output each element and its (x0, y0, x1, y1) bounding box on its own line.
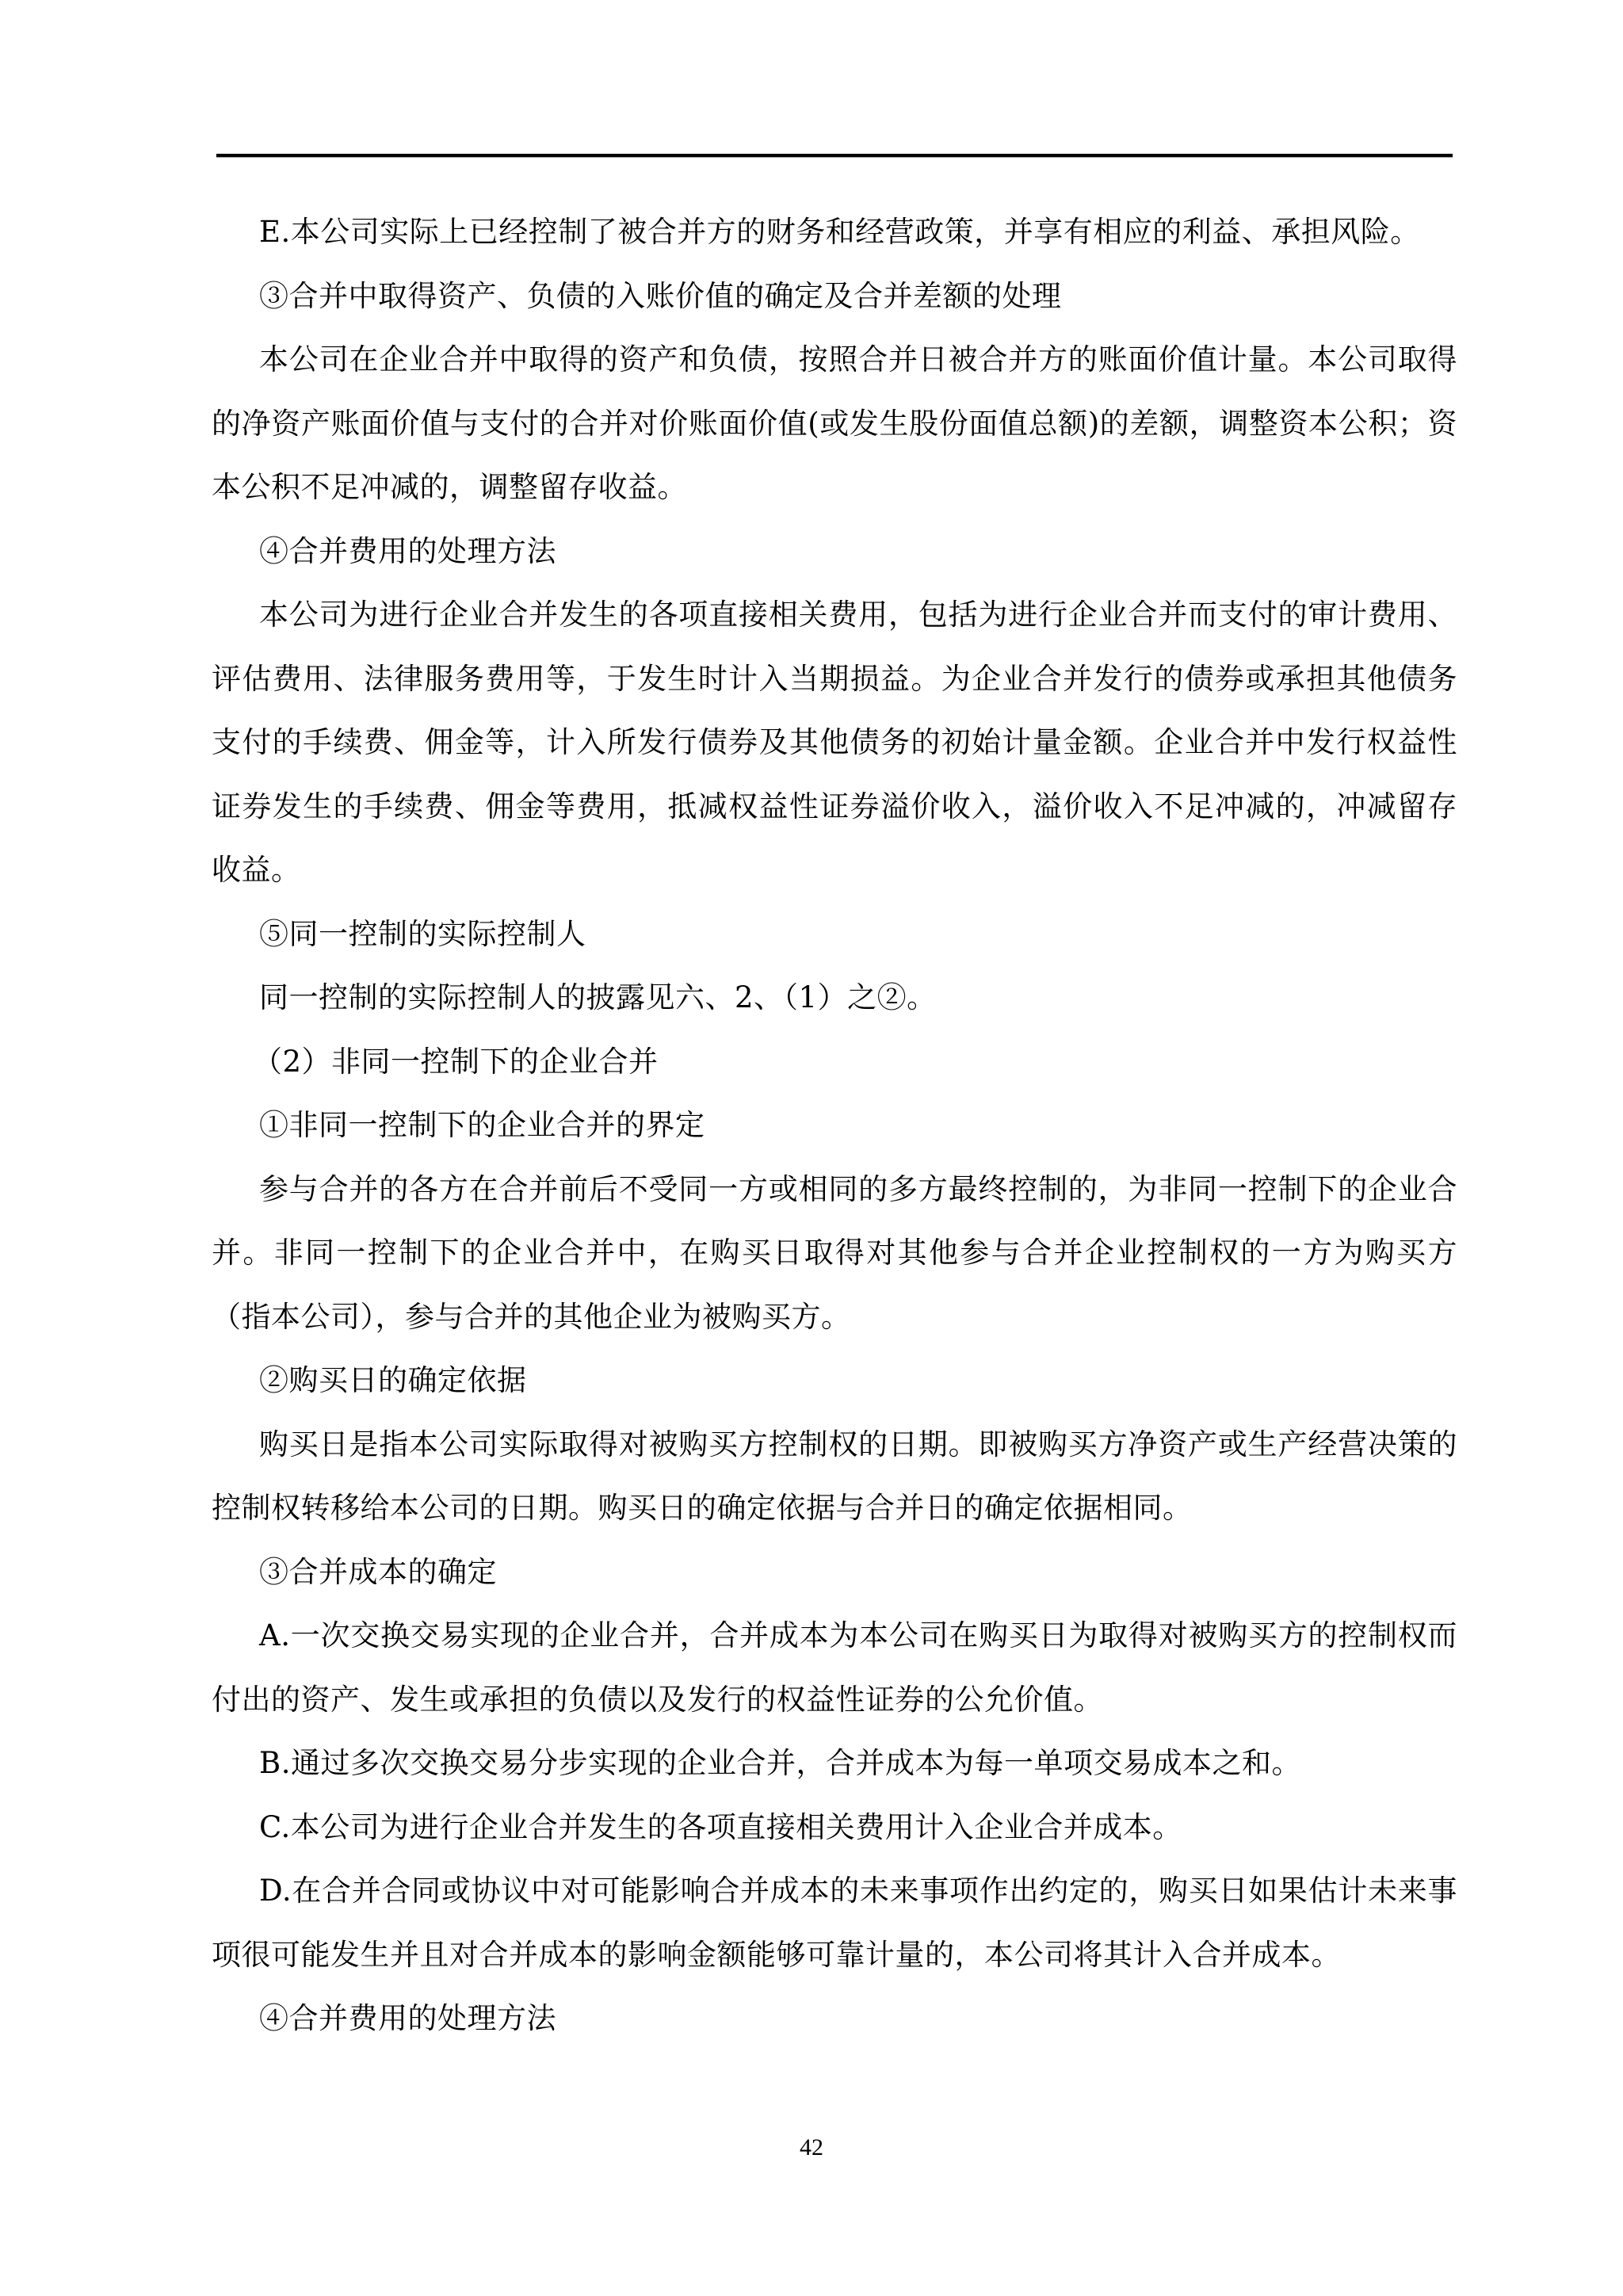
paragraph-merger-cost-a: A.一次交换交易实现的企业合并，合并成本为本公司在购买日为取得对被购买方的控制权… (212, 1604, 1457, 1732)
paragraph-merger-cost-d: D.在合并合同或协议中对可能影响合并成本的未来事项作出约定的，购买日如果估计未来… (212, 1859, 1457, 1987)
paragraph-condition-e: E.本公司实际上已经控制了被合并方的财务和经营政策，并享有相应的利益、承担风险。 (212, 201, 1457, 265)
subheading-non-common-control-definition: ①非同一控制下的企业合并的界定 (212, 1094, 1457, 1158)
paragraph-asset-liability-valuation: 本公司在企业合并中取得的资产和负债，按照合并日被合并方的账面价值计量。本公司取得… (212, 328, 1457, 520)
paragraph-non-common-control-definition: 参与合并的各方在合并前后不受同一方或相同的多方最终控制的，为非同一控制下的企业合… (212, 1158, 1457, 1350)
paragraph-actual-controller: 同一控制的实际控制人的披露见六、2、（1）之②。 (212, 966, 1457, 1030)
paragraph-merger-cost-b: B.通过多次交换交易分步实现的企业合并，合并成本为每一单项交易成本之和。 (212, 1732, 1457, 1796)
subheading-merger-cost: ③合并成本的确定 (212, 1541, 1457, 1605)
section-heading-non-common-control: （2）非同一控制下的企业合并 (212, 1030, 1457, 1095)
paragraph-merger-cost-c: C.本公司为进行企业合并发生的各项直接相关费用计入企业合并成本。 (212, 1796, 1457, 1860)
subheading-merger-expenses-2: ④合并费用的处理方法 (212, 1987, 1457, 2051)
page-number: 42 (0, 2132, 1623, 2164)
document-body: E.本公司实际上已经控制了被合并方的财务和经营政策，并享有相应的利益、承担风险。… (212, 201, 1457, 2051)
paragraph-merger-expenses: 本公司为进行企业合并发生的各项直接相关费用，包括为进行企业合并而支付的审计费用、… (212, 583, 1457, 903)
subheading-actual-controller: ⑤同一控制的实际控制人 (212, 903, 1457, 967)
subheading-asset-liability-valuation: ③合并中取得资产、负债的入账价值的确定及合并差额的处理 (212, 265, 1457, 329)
subheading-merger-expenses: ④合并费用的处理方法 (212, 520, 1457, 584)
paragraph-purchase-date-basis: 购买日是指本公司实际取得对被购买方控制权的日期。即被购买方净资产或生产经营决策的… (212, 1413, 1457, 1541)
header-rule (216, 154, 1453, 157)
subheading-purchase-date-basis: ②购买日的确定依据 (212, 1349, 1457, 1413)
